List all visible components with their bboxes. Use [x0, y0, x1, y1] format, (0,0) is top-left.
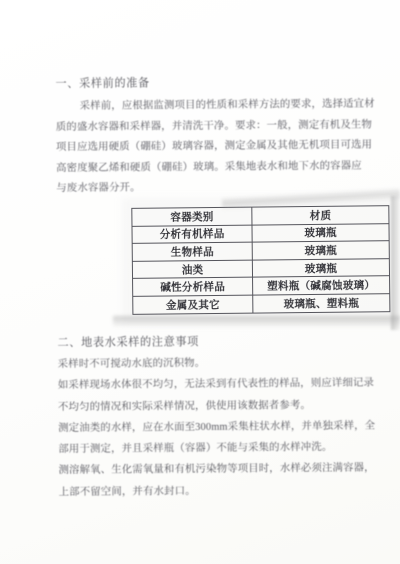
section1-paragraph: 采样前，应根据监测项目的性质和采样方法的要求，选择适宜材 质的盛水容器和采样器，…	[56, 95, 376, 200]
table-cell-material: 塑料瓶（碱腐蚀玻璃）	[253, 276, 390, 295]
paragraph-line: 采样前，应根据监测项目的性质和采样方法的要求，选择适宜材	[56, 95, 375, 118]
table-cell-material: 玻璃瓶	[252, 223, 389, 242]
table-cell-material: 玻璃瓶	[252, 241, 389, 260]
table-cell-material: 玻璃瓶、塑料瓶	[253, 294, 390, 313]
paragraph-line: 项目应选用硬质（硼硅）玻璃容器，测定金属及其他无机项目可选用	[56, 136, 375, 159]
table-cell-category: 油类	[132, 260, 252, 279]
table-cell-category: 生物样品	[132, 242, 252, 261]
container-material-table: 容器类别 材质 分析有机样品 玻璃瓶 生物样品 玻璃瓶 油类 玻璃瓶 碱性分析样…	[131, 205, 390, 314]
table-header-material: 材质	[252, 206, 389, 225]
section2-paragraph: 采样时不可搅动水底的沉积物。 如采样现场水体很不均匀，无法采到有代表性的样品，则…	[58, 352, 376, 504]
paragraph-line: 测定油类的水样，应在水面至300mm采集柱状水样，并单独采样，全	[58, 416, 375, 440]
paragraph-line: 与废水容器分开。	[56, 177, 375, 200]
paragraph-line: 质的盛水容器和采样器，并清洗干净。要求：一般，测定有机及生物	[56, 115, 375, 138]
document-page: 一、采样前的准备 采样前，应根据监测项目的性质和采样方法的要求，选择适宜材 质的…	[0, 0, 400, 564]
paragraph-line: 采样时不可搅动水底的沉积物。	[58, 352, 375, 376]
paragraph-line: 上部不留空间，并有水封口。	[59, 479, 376, 503]
paragraph-line: 高密度聚乙烯和硬质（硼硅）玻璃。采集地表水和地下水的容器应	[56, 156, 375, 179]
paragraph-line: 部用于测定，并且采样瓶（容器）不能与采集的水样冲洗。	[58, 437, 375, 461]
table-cell-category: 碱性分析样品	[133, 277, 253, 296]
section2-heading: 二、地表水采样的注意事项	[57, 333, 199, 350]
paragraph-line: 如采样现场水体很不均匀，无法采到有代表性的样品，则应详细记录	[58, 373, 375, 397]
table-row: 金属及其它 玻璃瓶、塑料瓶	[133, 294, 390, 314]
paragraph-line: 不均匀的情况和实际采样情况，供使用该数据者参考。	[58, 394, 375, 418]
table-header-category: 容器类别	[132, 207, 252, 226]
table-cell-category: 金属及其它	[133, 295, 253, 314]
page-content: 一、采样前的准备 采样前，应根据监测项目的性质和采样方法的要求，选择适宜材 质的…	[0, 0, 400, 564]
table-cell-material: 玻璃瓶	[253, 258, 390, 277]
table-cell-category: 分析有机样品	[132, 225, 252, 244]
paragraph-line: 测溶解氧、生化需氧量和有机污染物等项目时，水样必须注满容器，	[58, 458, 375, 482]
section1-heading: 一、采样前的准备	[55, 74, 149, 91]
